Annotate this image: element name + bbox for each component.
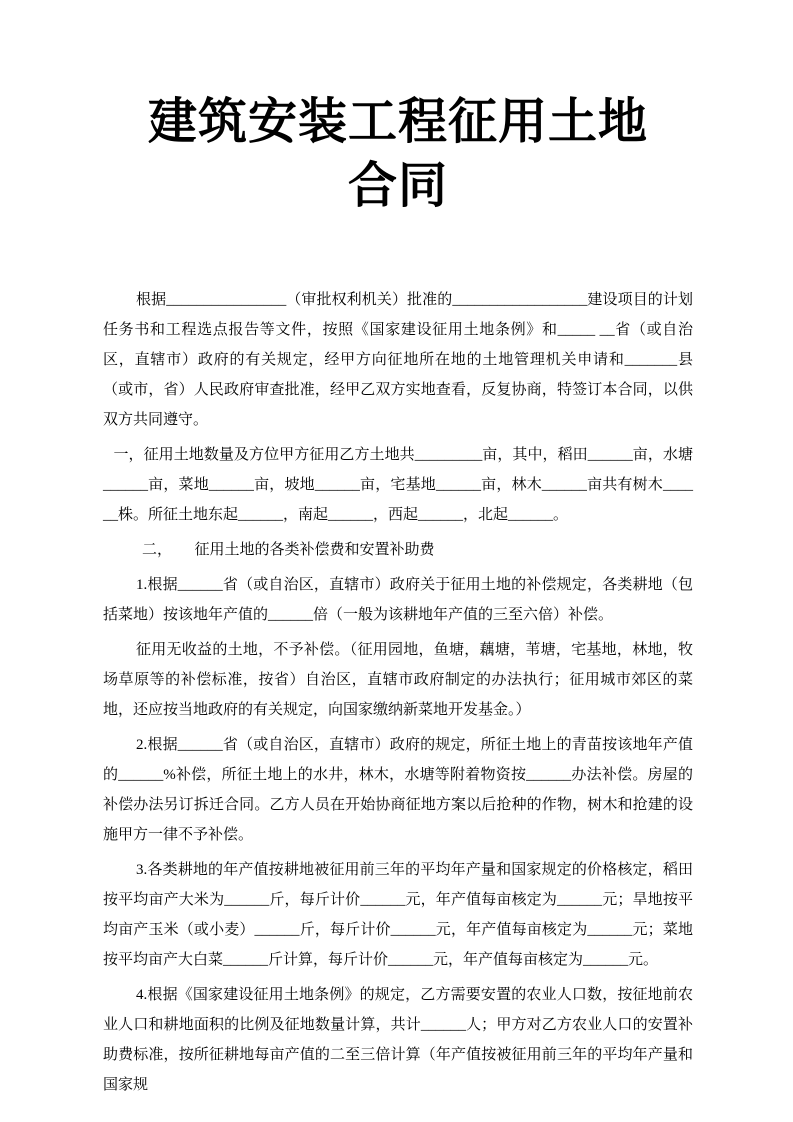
title-line-1: 建筑安装工程征用土地 bbox=[148, 94, 648, 149]
clause-2-1-compensation-standard: 1.根据______省（或自治区，直辖市）政府关于征用土地的补偿规定，各类耕地（… bbox=[103, 570, 693, 630]
clause-2-2-attachments-compensation: 2.根据______省（或自治区，直辖市）政府的规定，所征土地上的青苗按该地年产… bbox=[103, 730, 693, 850]
clause-2-1-no-income-note: 征用无收益的土地，不予补偿。（征用园地，鱼塘，藕塘，苇塘，宅基地，林地，牧场草原… bbox=[103, 635, 693, 725]
clause-1-land-quantity: 一，征用土地数量及方位甲方征用乙方土地共_________亩，其中，稻田____… bbox=[103, 440, 693, 530]
clause-2-4-resettlement-subsidy: 4.根据《国家建设征用土地条例》的规定，乙方需要安置的农业人口数，按征地前农业人… bbox=[103, 980, 693, 1100]
clause-2-3-annual-output-value: 3.各类耕地的年产值按耕地被征用前三年的平均年产量和国家规定的价格核定，稻田按平… bbox=[103, 855, 693, 975]
section-2-heading: 二， 征用土地的各类补偿费和安置补助费 bbox=[103, 535, 693, 565]
document-page: 建筑安装工程征用土地合同 根据________________（审批权利机关）批… bbox=[0, 0, 793, 1122]
document-title: 建筑安装工程征用土地合同 bbox=[103, 90, 693, 218]
title-line-2: 合同 bbox=[348, 158, 448, 213]
paragraph-preamble: 根据________________（审批权利机关）批准的___________… bbox=[103, 285, 693, 435]
